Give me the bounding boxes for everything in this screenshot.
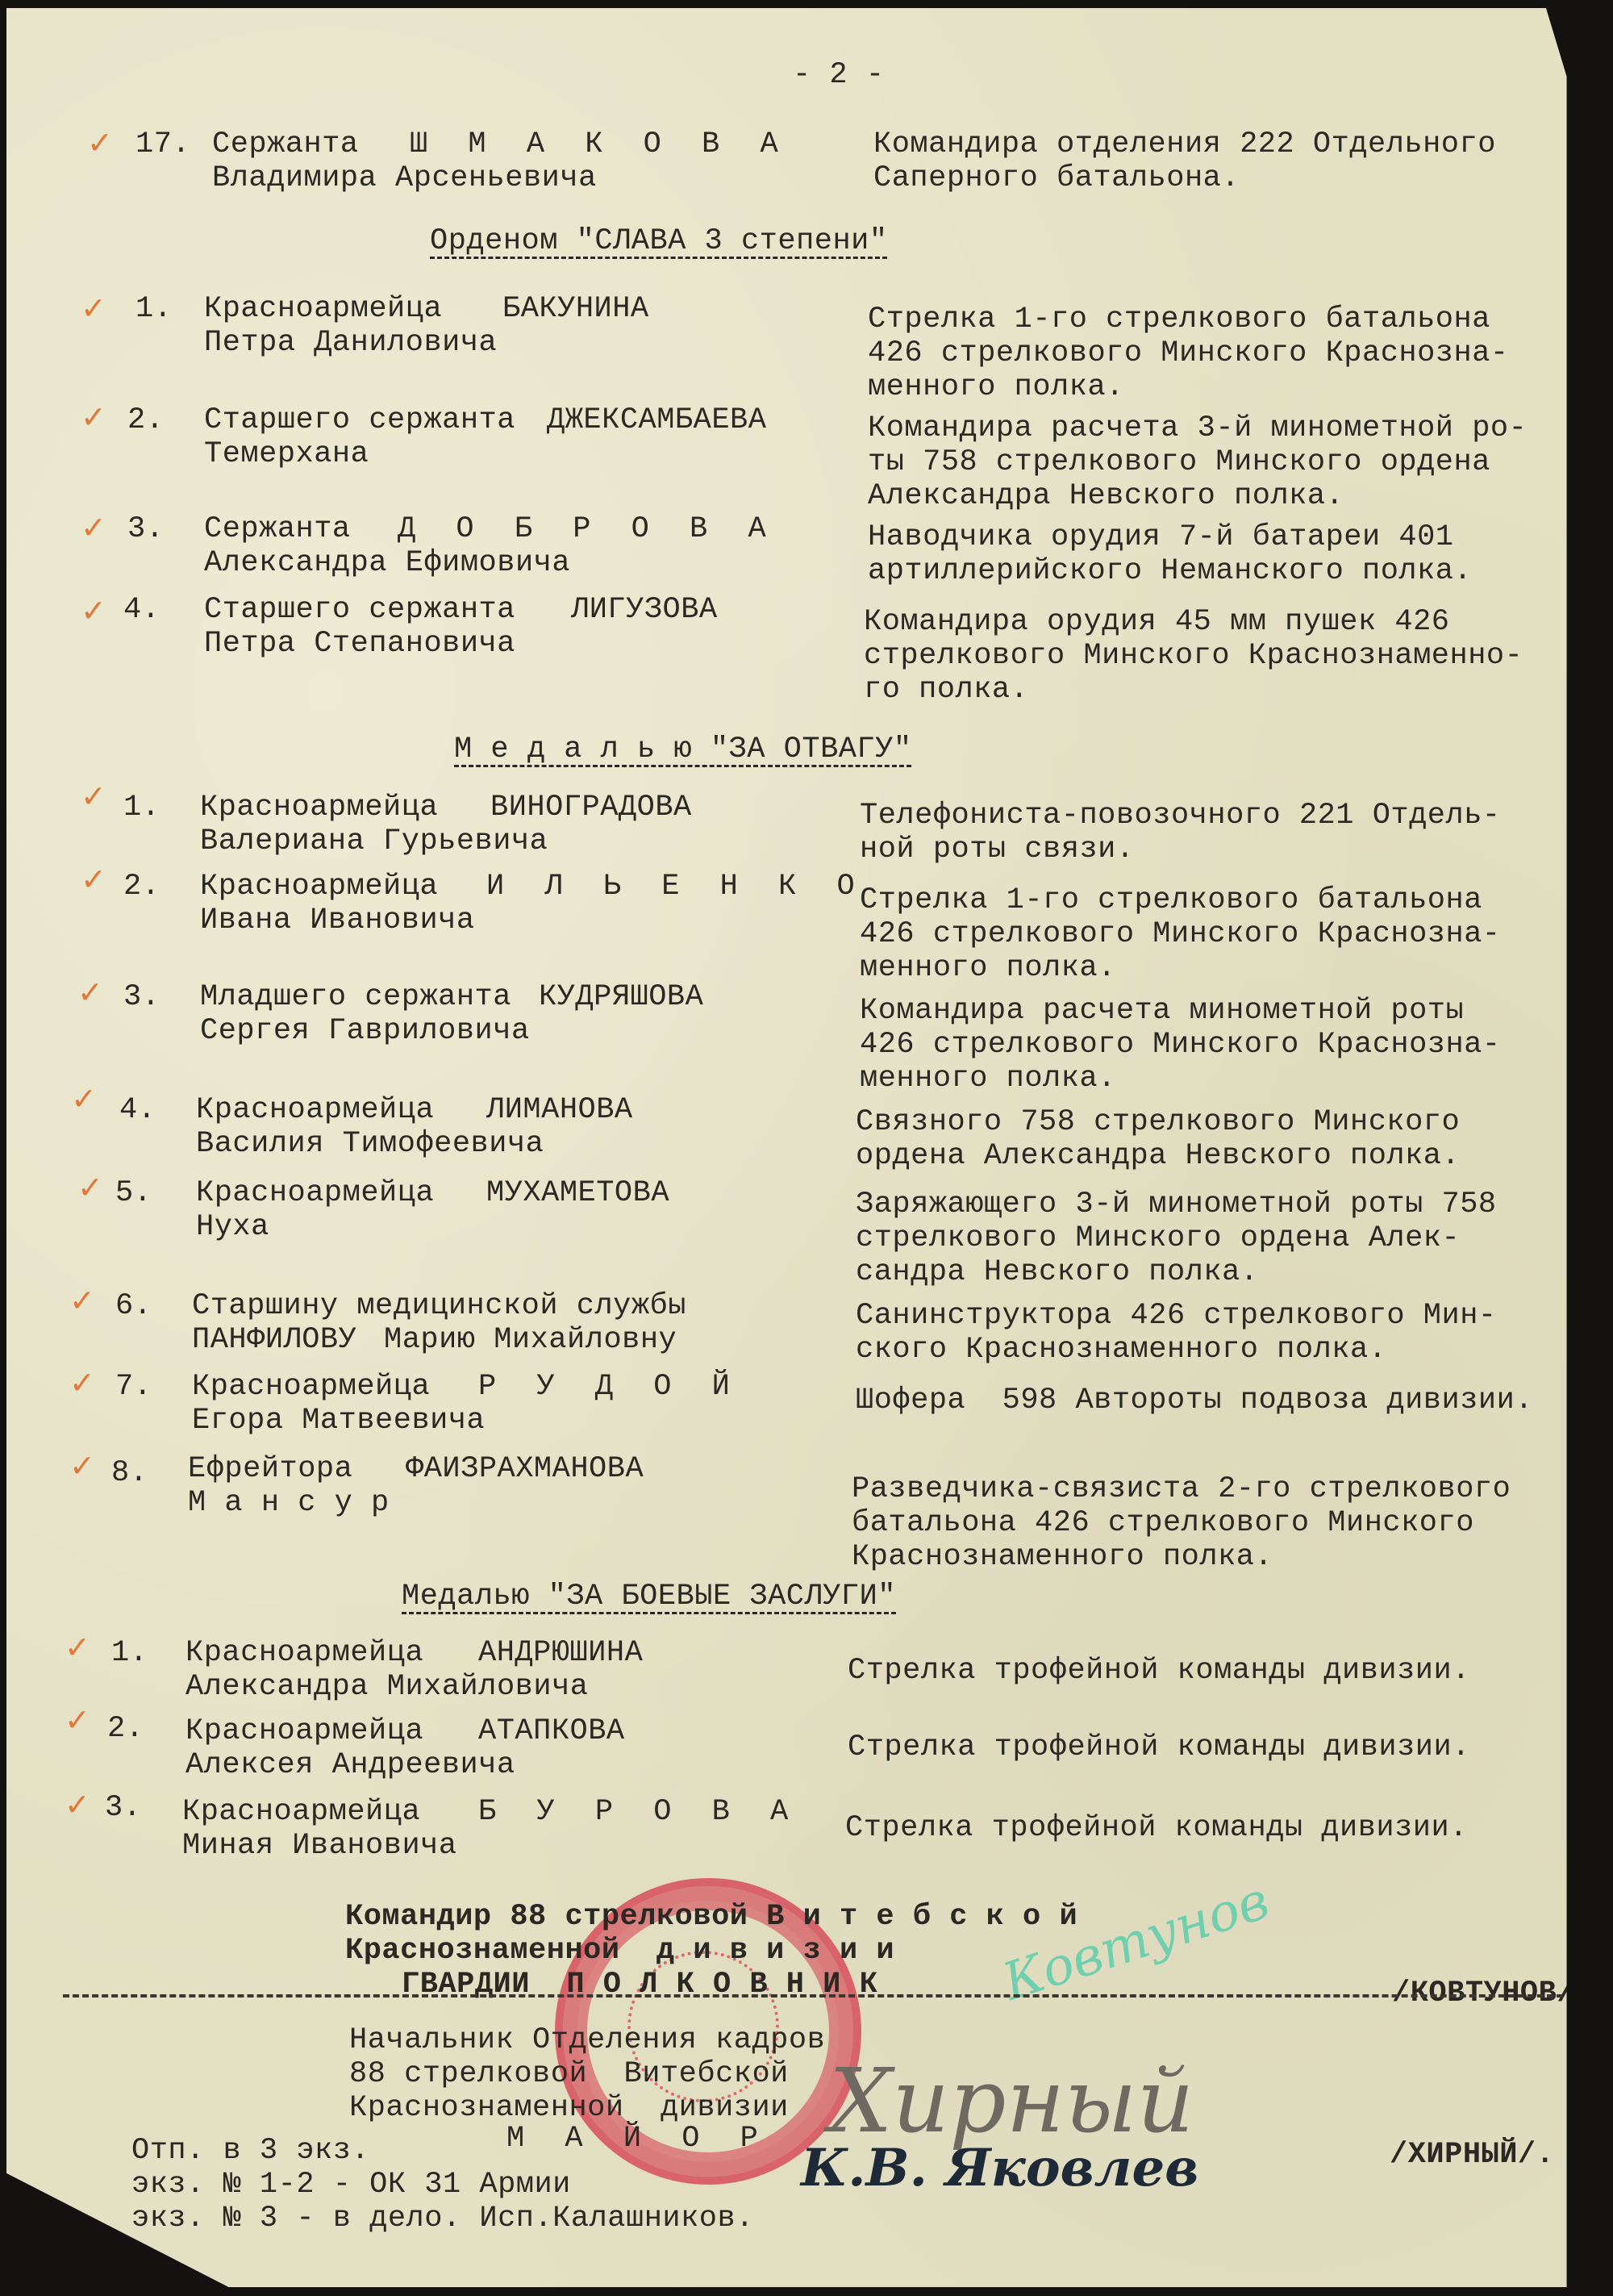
item-given-name: Алексея Андреевича [185, 1748, 515, 1782]
check-mark-icon: ✓ [65, 1787, 90, 1822]
chief-rank: М А Й О Р [506, 2122, 769, 2156]
item-position-line: ского Краснознаменного полка. [856, 1333, 1386, 1367]
item-position-line: Телефониста-повозочного 221 Отдель- [860, 799, 1501, 833]
item-rank: Красноармейца [185, 1636, 423, 1670]
item-position-line: го полка. [864, 673, 1028, 707]
item-surname: БАКУНИНА [502, 292, 649, 326]
item-given-name: Петра Даниловича [204, 326, 497, 360]
item-given-name: Александра Ефимовича [204, 546, 570, 580]
item-surname: И Л Ь Е Н К О [486, 870, 866, 904]
item-position-line: менного полка. [868, 370, 1124, 404]
item-given-name: Нуха [196, 1210, 269, 1244]
item-position-line: Командира расчета минометной роты [860, 994, 1464, 1028]
item-number: 3. [127, 512, 164, 546]
item-given-name: Егора Матвеевича [192, 1404, 485, 1438]
chief-title-line: 88 стрелковой Витебской [349, 2057, 789, 2091]
item-position-line: Стрелка 1-го стрелкового батальона [860, 883, 1482, 917]
item-number: 5. [115, 1176, 152, 1210]
check-mark-icon: ✓ [69, 1365, 95, 1401]
item-position-line: Заряжающего 3-й минометной роты 758 [856, 1188, 1497, 1221]
distribution-line: экз. № 3 - в дело. Исп.Калашников. [131, 2202, 754, 2235]
item-position-line: 426 стрелкового Минского Краснозна- [868, 336, 1509, 370]
section-heading-combat-merit-medal: Медалью "ЗА БОЕВЫЕ ЗАСЛУГИ" [402, 1580, 896, 1613]
item-given-name: Миная Ивановича [182, 1829, 457, 1863]
item-surname: Ш М А К О В А [410, 127, 790, 161]
item-position-line: ной роты связи. [860, 833, 1135, 866]
item-surname: ФАИЗРАХМАНОВА [406, 1452, 644, 1486]
check-mark-icon: ✓ [81, 862, 106, 897]
item-position-line: стрелкового Минского Краснознаменно- [864, 639, 1523, 673]
check-mark-icon: ✓ [65, 1702, 90, 1738]
section-heading-glory-order: Орденом "СЛАВА 3 степени" [430, 224, 888, 258]
chief-title-line: Краснознаменной дивизии [349, 2091, 789, 2125]
item-position-line: Командира расчета 3-й минометной ро- [868, 411, 1527, 445]
item-position-line: Наводчика орудия 7-й батареи 401 [868, 520, 1454, 554]
item-rank: Сержанта [212, 127, 359, 161]
item-number: 1. [123, 791, 160, 824]
check-mark-icon: ✓ [87, 125, 113, 161]
check-mark-icon: ✓ [81, 779, 106, 814]
item-position-line: ты 758 стрелкового Минского ордена [868, 445, 1490, 479]
blue-signature: К.В. Яковлев [801, 2138, 1198, 2198]
commander-title-line: Краснознаменной д и в и з и и [345, 1934, 894, 1968]
item-surname: ЛИМАНОВА [486, 1093, 633, 1127]
item-position-line: Саперного батальона. [873, 161, 1240, 195]
item-rank: Ефрейтора [188, 1452, 352, 1486]
item-position-line: Командира орудия 45 мм пушек 426 [864, 605, 1450, 639]
item-number: 8. [111, 1456, 148, 1490]
item-rank: Старшего сержанта [204, 403, 515, 437]
item-position-line: артиллерийского Неманского полка. [868, 554, 1472, 588]
item-rank: Сержанта [204, 512, 351, 546]
check-mark-icon: ✓ [65, 1630, 90, 1665]
item-number: 1. [135, 292, 172, 326]
item-number: 3. [123, 980, 160, 1014]
item-rank: Младшего сержанта [200, 980, 511, 1014]
item-given-name: Владимира Арсеньевича [212, 161, 597, 195]
item-number: 6. [115, 1289, 152, 1323]
item-surname: АНДРЮШИНА [478, 1636, 643, 1670]
item-given-name: Темерхана [204, 437, 369, 471]
item-position-line: Командира отделения 222 Отдельного [873, 127, 1496, 161]
item-given-name: Сергея Гавриловича [200, 1014, 530, 1048]
item-position-line: Шофера 598 Автороты подвоза дивизии. [856, 1384, 1533, 1417]
check-mark-icon: ✓ [81, 290, 106, 326]
chief-title-line: Начальник Отделения кадров [349, 2023, 825, 2057]
item-surname: Д О Б Р О В А [398, 512, 777, 546]
item-number: 7. [115, 1370, 152, 1404]
item-surname: ВИНОГРАДОВА [490, 791, 692, 824]
item-surname: ЛИГУЗОВА [571, 593, 718, 627]
item-surname: КУДРЯШОВА [539, 980, 703, 1014]
item-position-line: Краснознаменного полка. [852, 1540, 1273, 1574]
item-number: 2. [127, 403, 164, 437]
item-surname: Р У Д О Й [478, 1370, 741, 1404]
item-given-name: Марию Михайловну [384, 1323, 677, 1357]
item-rank: Красноармейца [182, 1795, 420, 1829]
item-position-line: Санинструктора 426 стрелкового Мин- [856, 1299, 1497, 1333]
item-position-line: Связного 758 стрелкового Минского [856, 1105, 1460, 1139]
check-mark-icon: ✓ [71, 1081, 97, 1117]
item-surname: Б У Р О В А [478, 1795, 799, 1829]
item-position-line: Стрелка трофейной команды дивизии. [845, 1811, 1468, 1845]
pencil-signature: Хирный [829, 2049, 1194, 2152]
distribution-line: экз. № 1-2 - ОК 31 Армии [131, 2168, 571, 2202]
check-mark-icon: ✓ [69, 1448, 95, 1484]
distribution-line: Отп. в 3 экз. [131, 2134, 369, 2168]
item-position-line: батальона 426 стрелкового Минского [852, 1506, 1474, 1540]
check-mark-icon: ✓ [69, 1283, 95, 1318]
item-position-line: 426 стрелкового Минского Краснозна- [860, 1028, 1501, 1062]
section-heading-bravery-medal: М е д а л ь ю "ЗА ОТВАГУ" [454, 733, 912, 766]
item-position-line: Стрелка 1-го стрелкового батальона [868, 303, 1490, 336]
item-rank: Старшего сержанта [204, 593, 515, 627]
item-position-line: сандра Невского полка. [856, 1255, 1258, 1289]
item-position-line: Разведчика-связиста 2-го стрелкового [852, 1472, 1511, 1506]
item-number: 17. [135, 127, 190, 161]
item-given-name: Петра Степановича [204, 627, 515, 661]
item-given-name: Валериана Гурьевича [200, 824, 548, 858]
check-mark-icon: ✓ [81, 593, 106, 628]
item-position-line: Стрелка трофейной команды дивизии. [848, 1654, 1470, 1688]
item-surname: АТАПКОВА [478, 1714, 625, 1748]
chief-name: /ХИРНЫЙ/. [1390, 2138, 1554, 2172]
item-position-line: стрелкового Минского ордена Алек- [856, 1221, 1460, 1255]
check-mark-icon: ✓ [77, 1170, 103, 1205]
item-given-name: Александра Михайловича [185, 1670, 588, 1704]
item-number: 1. [111, 1636, 148, 1670]
item-position-line: 426 стрелкового Минского Краснозна- [860, 917, 1501, 951]
item-number: 4. [119, 1093, 156, 1127]
item-rank: Красноармейца [200, 791, 438, 824]
green-signature: Ковтунов [996, 1871, 1276, 2013]
item-surname: ПАНФИЛОВУ [192, 1323, 356, 1357]
document-page: - 2 - ✓ 17. Сержанта Ш М А К О В А Влади… [6, 8, 1594, 2287]
item-rank: Старшину медицинской службы [192, 1289, 686, 1323]
item-given-name: М а н с у р [188, 1486, 390, 1520]
divider-line [63, 1994, 1563, 1998]
item-given-name: Ивана Ивановича [200, 904, 475, 937]
item-position-line: Стрелка трофейной команды дивизии. [848, 1730, 1470, 1764]
check-mark-icon: ✓ [81, 510, 106, 545]
item-position-line: Александра Невского полка. [868, 479, 1344, 513]
item-position-line: менного полка. [860, 951, 1116, 985]
item-number: 2. [123, 870, 160, 904]
item-number: 4. [123, 593, 160, 627]
check-mark-icon: ✓ [77, 975, 103, 1010]
item-rank: Красноармейца [196, 1176, 434, 1210]
item-position-line: ордена Александра Невского полка. [856, 1139, 1460, 1173]
item-surname: ДЖЕКСАМБАЕВА [547, 403, 766, 437]
commander-name: /КОВТУНОВ/. [1392, 1977, 1594, 2010]
item-rank: Красноармейца [185, 1714, 423, 1748]
item-given-name: Василия Тимофеевича [196, 1127, 544, 1161]
item-surname: МУХАМЕТОВА [486, 1176, 669, 1210]
item-number: 3. [105, 1791, 141, 1825]
item-number: 2. [107, 1712, 144, 1746]
item-rank: Красноармейца [204, 292, 442, 326]
commander-title-line: Командир 88 стрелковой В и т е б с к о й [345, 1900, 1077, 1934]
item-rank: Красноармейца [192, 1370, 430, 1404]
check-mark-icon: ✓ [81, 399, 106, 435]
item-rank: Красноармейца [196, 1093, 434, 1127]
item-position-line: менного полка. [860, 1062, 1116, 1096]
page-number: - 2 - [793, 58, 885, 92]
item-rank: Красноармейца [200, 870, 438, 904]
